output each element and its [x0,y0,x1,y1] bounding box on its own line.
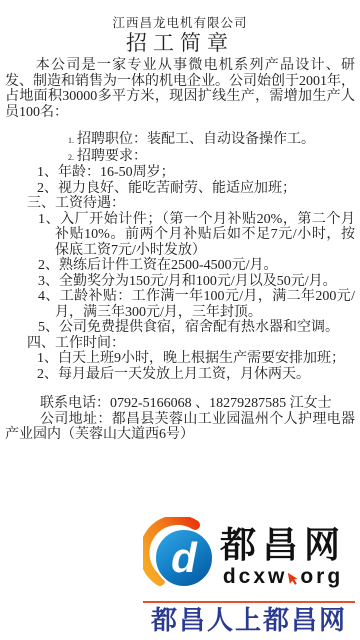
logo-texts: 都昌网 dcxw org [211,526,355,590]
cursor-arrow-icon [287,567,302,591]
schedule-heading: 四、工作时间： [27,336,355,352]
site-domain: dcxw org [211,564,355,590]
salary-item: 2、熟练后计件工资在2500-4500元/月。 [55,258,355,274]
logo-letter: d [171,534,198,581]
domain-left: dcxw [223,566,288,588]
position-text: 招聘职位：装配工、自动设备操作工。 [77,132,315,147]
company-name: 江西昌龙电机有限公司 [5,15,355,31]
requirement-item: 1、年龄：16-50周岁； [37,165,355,181]
dcxw-watermark: d 都昌网 dcxw org 都昌人上都昌网 [143,517,355,634]
contact-phone: 联系电话：0792-5166068 、18279287585 江女士 [5,396,355,412]
schedule-item: 2、每月最后一天发放上月工资，月休两天。 [37,367,355,383]
position-marker: 1. [68,136,74,145]
requirements-line: 2.招聘要求： [68,149,355,166]
requirements-marker: 2. [68,153,74,162]
domain-right: org [300,566,343,588]
salary-heading: 三、工资待遇： [27,196,355,212]
salary-item: 3、全勤奖分为150元/月和100元/月以及50元/月。 [55,274,355,290]
page-title: 招工简章 [5,32,355,55]
requirements-text: 招聘要求： [77,149,147,164]
contact-block: 联系电话：0792-5166068 、18279287585 江女士 公司地址：… [5,396,355,443]
dcxw-logo-icon: d [143,517,219,598]
salary-item: 5、公司免费提供食宿，宿舍配有热水器和空调。 [55,320,355,336]
slogan-divider [143,601,355,603]
contact-address: 公司地址：都昌县芙蓉山工业园温州个人护理电器产业园内（芙蓉山大道西6号） [5,412,355,443]
site-name: 都昌网 [211,526,355,564]
schedule-item: 1、白天上班9小时，晚上根据生产需要安排加班； [37,351,355,367]
salary-item: 4、工龄补贴：工作满一年100元/月，满二年200元/月，满三年300元/月，三… [55,289,355,320]
slogan-text: 都昌人上都昌网 [143,606,355,634]
logo-row: d 都昌网 dcxw org [143,517,355,598]
logo-circle-graphic: d [143,517,219,593]
recruitment-flyer: 江西昌龙电机有限公司 招工简章 本公司是一家专业从事微电机系列产品设计、研发、制… [0,0,360,443]
requirement-item: 2、视力良好、能吃苦耐劳、能适应加班； [37,181,355,197]
salary-item: 1、入厂开始计件；（第一个月补贴20%，第二个月补贴10%。前两个月补贴后如不足… [55,212,355,259]
position-line: 1.招聘职位：装配工、自动设备操作工。 [68,132,355,149]
intro-paragraph: 本公司是一家专业从事微电机系列产品设计、研发、制造和销售为一体的机电企业。公司始… [5,58,355,120]
